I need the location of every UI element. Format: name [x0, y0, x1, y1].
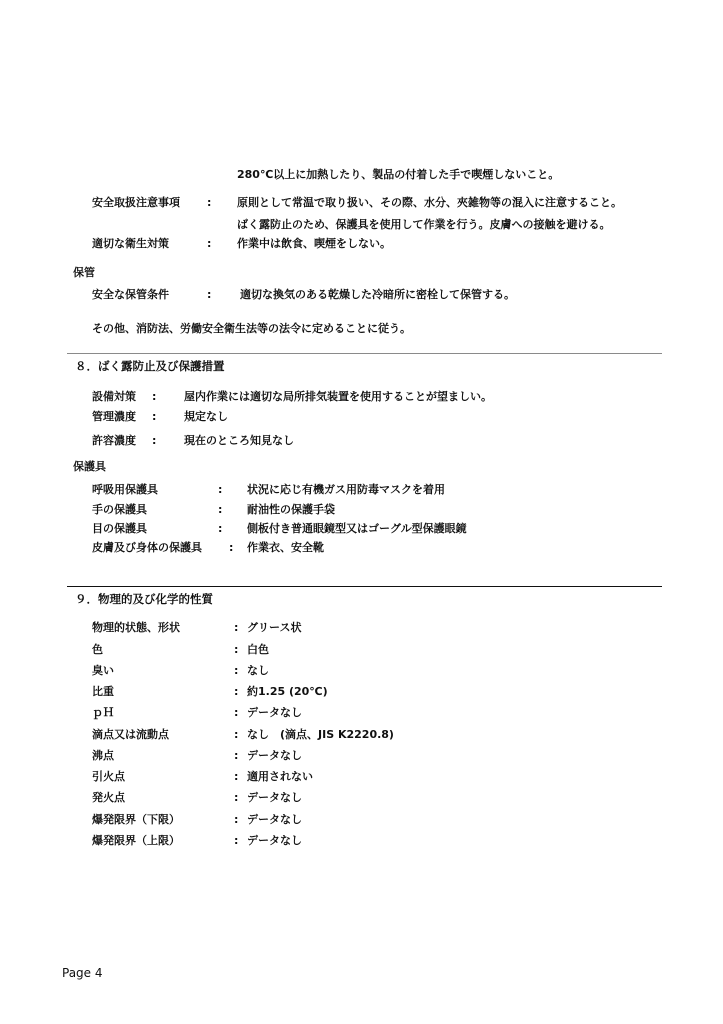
property-value: 白色 [247, 643, 269, 657]
field-value: 現在のところ知見なし [184, 434, 294, 448]
property-label: 発火点 [92, 791, 125, 805]
property-label: 臭い [92, 664, 114, 678]
field-value: 作業衣、安全靴 [247, 541, 324, 555]
field-label: 管理濃度 [92, 410, 136, 424]
field-label: 呼吸用保護具 [92, 483, 158, 497]
property-label: 爆発限界（上限） [92, 834, 180, 848]
section-8-title: ８．ばく露防止及び保護措置 [75, 359, 225, 373]
field-label: 適切な衛生対策 [92, 237, 169, 251]
field-value: 適切な換気のある乾燥した冷暗所に密栓して保管する。 [240, 288, 515, 302]
field-separator: : [152, 410, 156, 424]
section-divider [67, 353, 662, 354]
property-label: 物理的状態、形状 [92, 621, 180, 635]
property-value: 約1.25 (20℃) [247, 685, 328, 699]
property-label: 爆発限界（下限） [92, 813, 180, 827]
page-number: Page 4 [62, 966, 103, 980]
field-separator: : [218, 503, 222, 517]
property-label: 色 [92, 643, 103, 657]
field-label: 設備対策 [92, 390, 136, 404]
section-divider [67, 586, 662, 587]
field-separator: : [234, 791, 238, 805]
field-separator: : [234, 643, 238, 657]
field-label: 皮膚及び身体の保護具 [92, 541, 202, 555]
field-value: 屋内作業には適切な局所排気装置を使用することが望ましい。 [184, 390, 492, 404]
field-separator: : [207, 196, 211, 210]
property-value: 適用されない [247, 770, 313, 784]
field-separator: : [234, 834, 238, 848]
field-label: 目の保護具 [92, 522, 147, 536]
property-value: なし (滴点、JIS K2220.8) [247, 728, 394, 742]
property-label: 比重 [92, 685, 114, 699]
field-separator: : [234, 621, 238, 635]
field-label: 手の保護具 [92, 503, 147, 517]
property-value: なし [247, 664, 269, 678]
property-value: グリース状 [247, 621, 301, 635]
property-label: 滴点又は流動点 [92, 728, 169, 742]
field-separator: : [229, 541, 233, 555]
field-value: 状況に応じ有機ガス用防毒マスクを着用 [247, 483, 445, 497]
field-separator: : [234, 664, 238, 678]
property-label: 引火点 [92, 770, 125, 784]
property-value: データなし [247, 749, 302, 763]
protection-heading: 保護具 [73, 460, 106, 474]
field-separator: : [218, 522, 222, 536]
field-value: 耐油性の保護手袋 [247, 503, 335, 517]
field-separator: : [207, 237, 211, 251]
field-separator: : [234, 813, 238, 827]
field-separator: : [152, 434, 156, 448]
field-label: 安全な保管条件 [92, 288, 169, 302]
field-separator: : [234, 728, 238, 742]
storage-heading: 保管 [73, 266, 95, 280]
field-separator: : [234, 685, 238, 699]
section-9-title: ９．物理的及び化学的性質 [75, 592, 213, 606]
field-separator: : [234, 706, 238, 720]
field-separator: : [207, 288, 211, 302]
property-value: データなし [247, 834, 302, 848]
property-label: ｐＨ [92, 706, 114, 720]
field-separator: : [218, 483, 222, 497]
field-value: 作業中は飲食、喫煙をしない。 [237, 237, 391, 251]
property-label: 沸点 [92, 749, 114, 763]
field-label: 安全取扱注意事項 [92, 196, 180, 210]
field-separator: : [234, 770, 238, 784]
property-value: データなし [247, 791, 302, 805]
field-value: ばく露防止のため、保護具を使用して作業を行う。皮膚への接触を避ける。 [237, 218, 611, 232]
handling-continuation-text: 280℃以上に加熱したり、製品の付着した手で喫煙しないこと。 [237, 168, 559, 182]
property-value: データなし [247, 813, 302, 827]
field-separator: : [152, 390, 156, 404]
field-label: 許容濃度 [92, 434, 136, 448]
field-value: 規定なし [184, 410, 228, 424]
field-separator: : [234, 749, 238, 763]
storage-note: その他、消防法、労働安全衛生法等の法令に定めることに従う。 [92, 322, 411, 336]
property-value: データなし [247, 706, 302, 720]
field-value: 側板付き普通眼鏡型又はゴーグル型保護眼鏡 [247, 522, 467, 536]
field-value: 原則として常温で取り扱い、その際、水分、夾雑物等の混入に注意すること。 [237, 196, 622, 210]
